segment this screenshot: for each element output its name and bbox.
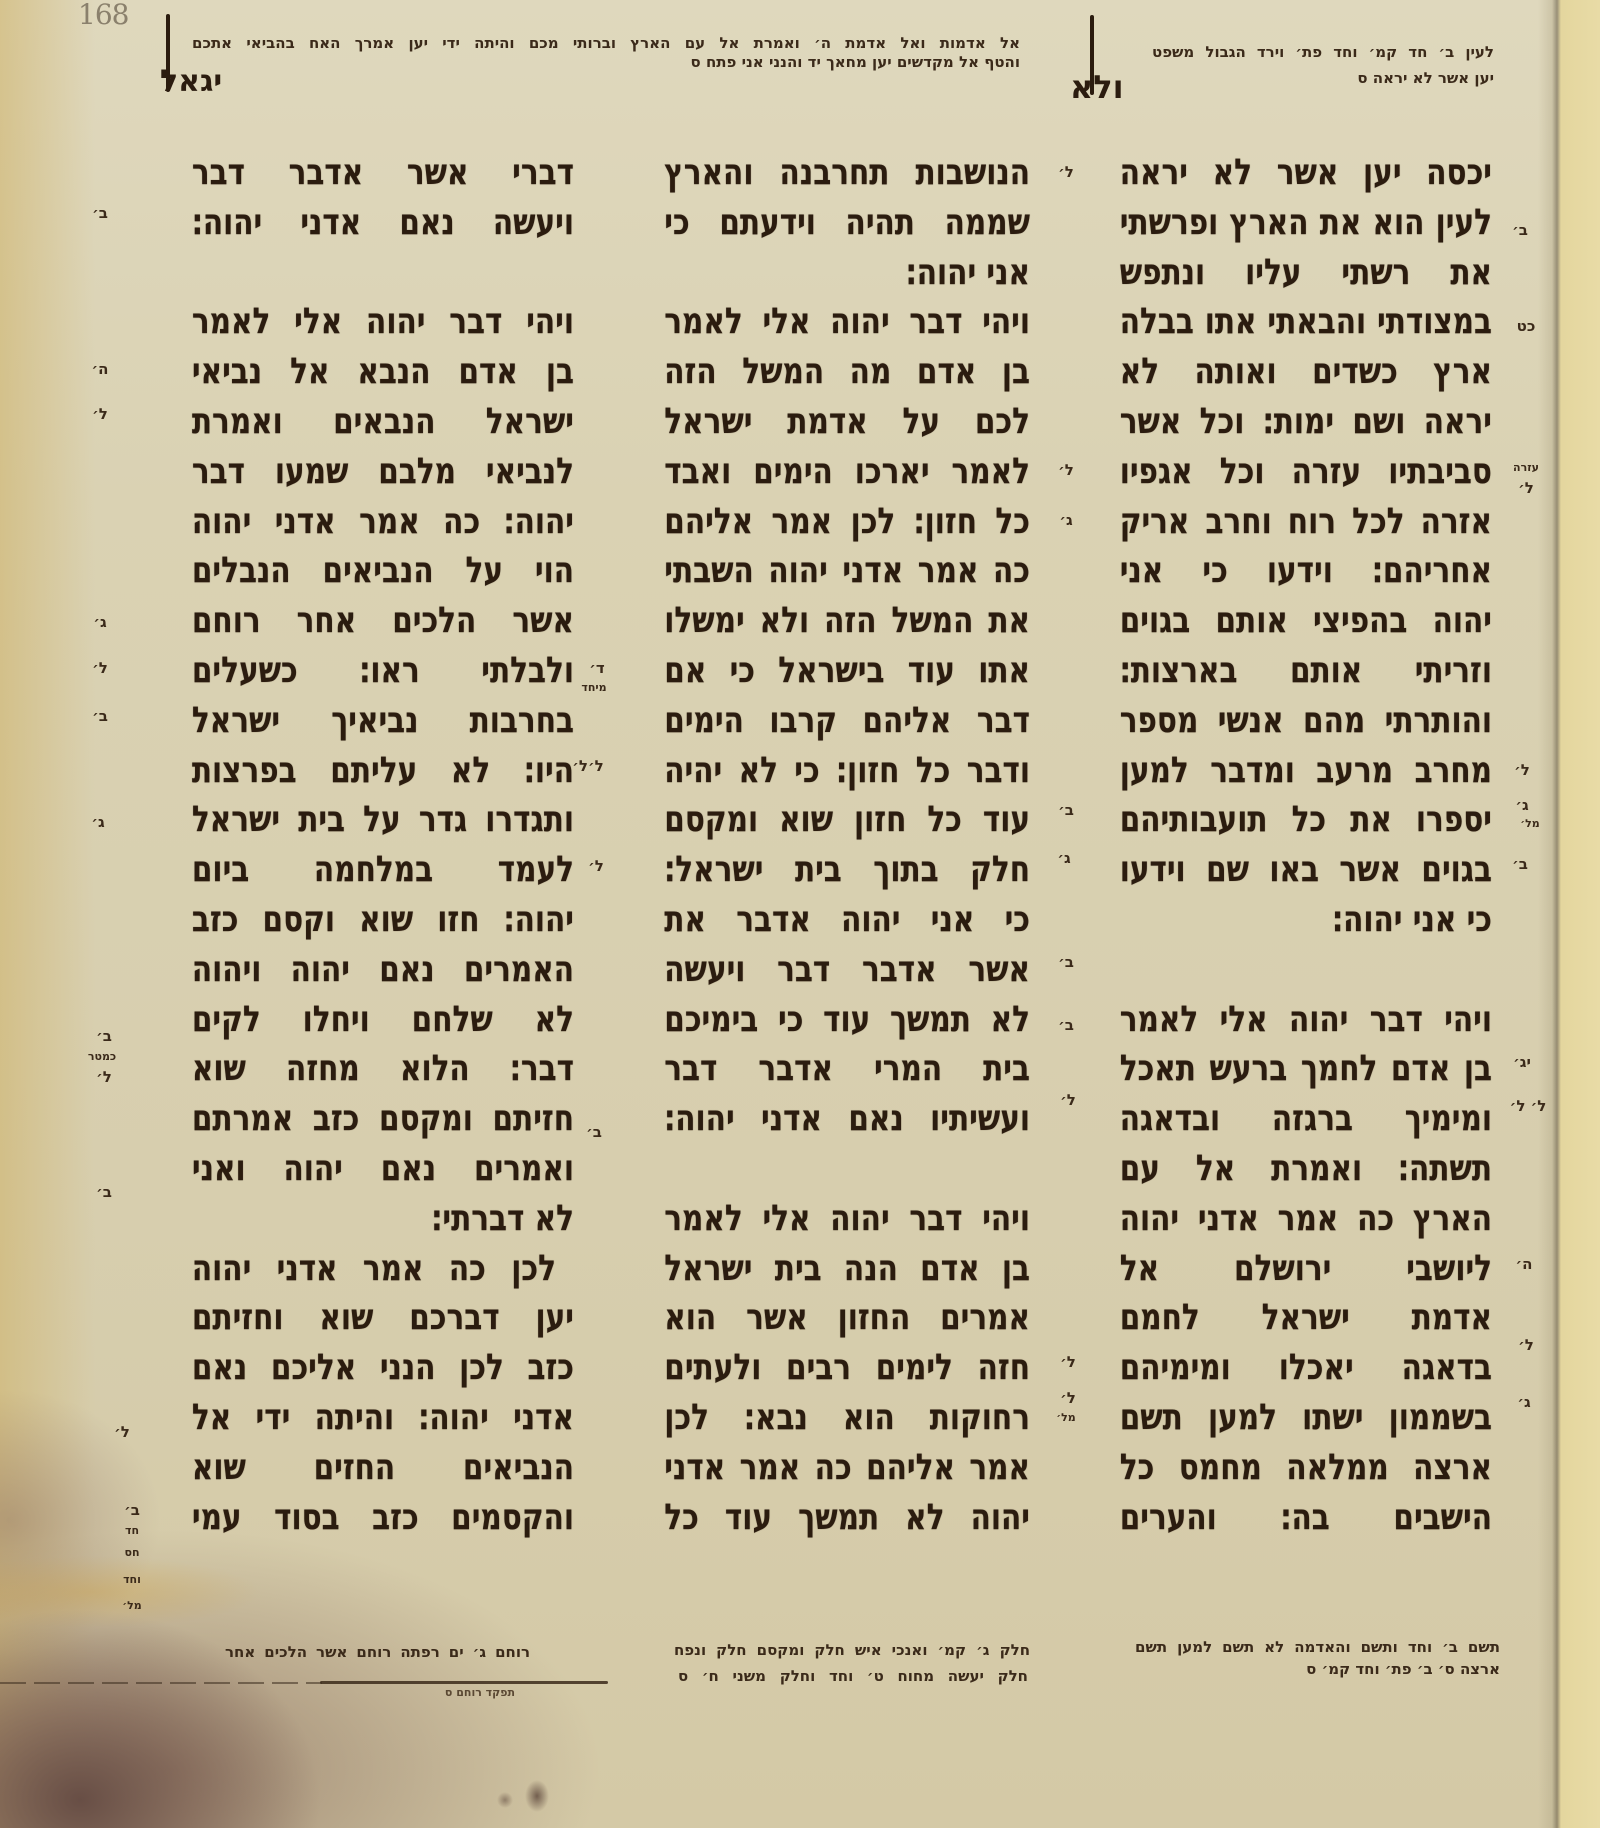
masora-parva-note: ל׳ xyxy=(588,858,604,874)
text-line: אתו עוד בישראל כי אם xyxy=(664,646,1030,696)
divider-rule-thin xyxy=(0,1682,322,1684)
masora-parva-note: ה׳ xyxy=(1516,1256,1533,1272)
text-line: לעין הוא את הארץ ופרשתי xyxy=(1120,198,1492,248)
text-line: ותגדרו גדר על בית ישראל xyxy=(192,795,574,845)
text-column-left: דברי אשר אדבר דבר ויעשה נאם אדני יהוה׃ ו… xyxy=(192,148,574,1542)
text-line: הארץ כה אמר אדני יהוה xyxy=(1120,1194,1492,1244)
text-line: עוד כל חזון שוא ומקסם xyxy=(664,795,1030,845)
text-line: בשממון ישתו למען תשם xyxy=(1120,1393,1492,1443)
masora-parva-note: חד xyxy=(125,1523,139,1539)
masora-parva-note: ל׳ xyxy=(1058,164,1074,180)
text-line: ויהי דבר יהוה אלי לאמר xyxy=(1120,995,1492,1045)
text-line: יהוה לא תמשך עוד כל xyxy=(664,1493,1030,1543)
masora-magna-top-left-line-1: אל אדמות ואל אדמת ה׳ ואמרת אל עם הארץ וב… xyxy=(192,34,1020,52)
masora-parva-note: יג׳ xyxy=(1513,1054,1531,1070)
text-line: יכסה יען אשר לא יראה xyxy=(1120,148,1492,198)
masora-parva-note: ל׳ xyxy=(1058,462,1074,478)
text-line: ואמרים נאם יהוה ואני xyxy=(192,1144,574,1194)
text-line: דבר׃ הלוא מחזה שוא xyxy=(192,1044,574,1094)
text-line: כי אני יהוה אדבר את xyxy=(664,895,1030,945)
text-line: לא שלחם ויחלו לקים xyxy=(192,995,574,1045)
masora-parva-note: ג׳ xyxy=(93,614,106,630)
masora-parva-note: ד׳ xyxy=(589,660,604,676)
text-line: לאמר יארכו הימים ואבד xyxy=(664,447,1030,497)
text-line: בחרבות נביאיך ישראל xyxy=(192,696,574,746)
text-line: ויהי דבר יהוה אלי לאמר xyxy=(192,297,574,347)
masora-magna-top-left-line-2: והטף אל מקדשים יען מחאך יד והנני אני פתח… xyxy=(560,53,1020,71)
text-line: והקסמים כזב בסוד עמי xyxy=(192,1493,574,1543)
masora-parva-note: ל׳ל׳ xyxy=(572,758,603,774)
text-line: לעמד במלחמה ביום xyxy=(192,845,574,895)
text-line: וזריתי אותם בארצות׃ xyxy=(1120,646,1492,696)
text-line: חזיתם ומקסם כזב אמרתם xyxy=(192,1094,574,1144)
masora-parva-note: מיחד xyxy=(581,680,606,696)
text-line: אשר הלכים אחר רוחם xyxy=(192,596,574,646)
text-line: אמרים החזון אשר הוא xyxy=(664,1293,1030,1343)
masora-magna-bottom-right-line-2: ארצה ס׳ ב׳ פת׳ וחד קמ׳ ס xyxy=(1300,1660,1500,1678)
masora-parva-note: ל׳ xyxy=(96,1069,112,1085)
masora-magna-top-right-line-1: לעין ב׳ חד קמ׳ וחד פת׳ וירד הגבול משפט xyxy=(1152,43,1494,61)
masora-parva-note: ג׳ xyxy=(1515,797,1528,813)
blank-line xyxy=(664,1144,1030,1194)
text-line: ודבר כל חזון׃ כי לא יהיה xyxy=(664,746,1030,796)
masora-parva-note: כט xyxy=(1517,318,1536,334)
text-column-right: יכסה יען אשר לא יראה לעין הוא את הארץ ופ… xyxy=(1120,148,1492,1542)
masora-magna-bottom-center-line-2: חלק יעשה מחוח ט׳ וחד וחלק משני ח׳ ס xyxy=(678,1667,1028,1685)
text-line: דברי אשר אדבר דבר xyxy=(192,148,574,198)
text-line: לא תמשך עוד כי בימיכם xyxy=(664,995,1030,1045)
text-line: לנביאי מלבם שמעו דבר xyxy=(192,447,574,497)
masora-parva-note: עזרה xyxy=(1513,460,1539,476)
masora-parva-note: מל׳ xyxy=(122,1598,142,1614)
text-line: מחרב מרעב ומדבר למען xyxy=(1120,746,1492,796)
text-line: ארץ כשדים ואותה לא xyxy=(1120,347,1492,397)
masora-parva-note: ל׳ xyxy=(1060,1092,1076,1108)
text-line: ליושבי ירושלם אל xyxy=(1120,1244,1492,1294)
catchword-top-left: יגאל xyxy=(160,66,222,98)
text-column-middle: הנושבות תחרבנה והארץ שממה תהיה וידעתם כי… xyxy=(664,148,1030,1542)
masora-parva-note: ג׳ xyxy=(91,814,104,830)
text-line: הנושבות תחרבנה והארץ xyxy=(664,148,1030,198)
text-line: ויהי דבר יהוה אלי לאמר xyxy=(664,1194,1030,1244)
masora-magna-bottom-left: רוחם ג׳ ים רפתה רוחם אשר הלכים אחר xyxy=(225,1643,530,1661)
text-line: הוי על הנביאים הנבלים xyxy=(192,546,574,596)
text-line: יהוה׃ כה אמר אדני יהוה xyxy=(192,497,574,547)
text-line: הישבים בה׃ והערים xyxy=(1120,1493,1492,1543)
masora-parva-note: וחד xyxy=(123,1572,141,1588)
masora-parva-note: כמטר xyxy=(88,1049,116,1065)
text-line: יהוה בהפיצי אותם בגוים xyxy=(1120,596,1492,646)
masora-parva-note: חס xyxy=(124,1545,139,1561)
masora-parva-note: ל׳ xyxy=(1518,480,1534,496)
masora-parva-note: ב׳ xyxy=(124,1502,140,1518)
masora-parva-note: ב׳ xyxy=(92,708,108,724)
text-line: יען דברכם שוא וחזיתם xyxy=(192,1293,574,1343)
text-line: לכם על אדמת ישראל xyxy=(664,397,1030,447)
masora-parva-note: ב׳ xyxy=(1058,1017,1074,1033)
text-line: בדאגה יאכלו ומימיהם xyxy=(1120,1343,1492,1393)
masora-parva-note: ה׳ xyxy=(92,361,109,377)
text-line: במצודתי והבאתי אתו בבלה xyxy=(1120,297,1492,347)
text-line: ישראל הנבאים ואמרת xyxy=(192,397,574,447)
blank-line xyxy=(192,248,574,298)
masora-parva-note: ב׳ xyxy=(1512,856,1528,872)
masora-magna-top-right-line-2: יען אשר לא יראה ס xyxy=(1250,69,1494,87)
text-line: אדמת ישראל לחמם xyxy=(1120,1293,1492,1343)
text-line: יהוה׃ חזו שוא וקסם כזב xyxy=(192,895,574,945)
masora-parva-note: ל׳ xyxy=(92,660,108,676)
text-line: כזב לכן הנני אליכם נאם xyxy=(192,1343,574,1393)
masora-parva-note: מל׳ xyxy=(1520,816,1540,832)
text-line: ארצה ממלאה מחמס כל xyxy=(1120,1443,1492,1493)
masora-parva-note: ל׳ xyxy=(1060,1354,1076,1370)
masora-parva-note: ל׳ xyxy=(114,1424,130,1440)
divider-rule xyxy=(320,1681,608,1684)
text-line: בן אדם הנה בית ישראל xyxy=(664,1244,1030,1294)
text-line: תשתה׃ ואמרת אל עם xyxy=(1120,1144,1492,1194)
text-line: את המשל הזה ולא ימשלו xyxy=(664,596,1030,646)
text-line: חזה לימים רבים ולעתים xyxy=(664,1343,1030,1393)
masora-parva-note: ב׳ xyxy=(96,1184,112,1200)
text-line: ויהי דבר יהוה אלי לאמר xyxy=(664,297,1030,347)
text-line: כה אמר אדני יהוה השבתי xyxy=(664,546,1030,596)
text-line: כי אני יהוה׃ xyxy=(1120,895,1492,945)
text-line: ועשיתיו נאם אדני יהוה׃ xyxy=(664,1094,1030,1144)
text-line: לא דברתי׃ xyxy=(192,1194,574,1244)
text-line: יראה ושם ימות׃ וכל אשר xyxy=(1120,397,1492,447)
text-line: בן אדם הנבא אל נביאי xyxy=(192,347,574,397)
text-line: חלק בתוך בית ישראל׃ xyxy=(664,845,1030,895)
masora-magna-bottom-left-note: תפקד רוחם ס xyxy=(400,1686,515,1700)
text-line: בגוים אשר באו שם וידעו xyxy=(1120,845,1492,895)
text-line: ומימיך ברגזה ובדאגה xyxy=(1120,1094,1492,1144)
masora-parva-note: ב׳ xyxy=(1058,802,1074,818)
masora-parva-note: ב׳ xyxy=(96,1028,112,1044)
masora-parva-note: ל׳ xyxy=(1060,1390,1076,1406)
masora-parva-note: ב׳ xyxy=(586,1124,602,1140)
text-line: אחריהם׃ וידעו כי אני xyxy=(1120,546,1492,596)
masora-parva-note: ב׳ xyxy=(1058,954,1074,970)
masora-magna-bottom-center-line-1: חלק ג׳ קמ׳ ואנכי איש חלק ומקסם חלק ונפח xyxy=(674,1641,1030,1659)
text-line: כל חזון׃ לכן אמר אליהם xyxy=(664,497,1030,547)
text-line: האמרים נאם יהוה ויהוה xyxy=(192,945,574,995)
masora-parva-note: ל׳ ל׳ xyxy=(1510,1098,1547,1114)
text-line: את רשתי עליו ונתפש xyxy=(1120,248,1492,298)
masora-parva-note: ב׳ xyxy=(1512,222,1528,238)
text-line: דבר אליהם קרבו הימים xyxy=(664,696,1030,746)
text-line: אזרה לכל רוח וחרב אריק xyxy=(1120,497,1492,547)
text-line: יספרו את כל תועבותיהם xyxy=(1120,795,1492,845)
blank-line xyxy=(1120,945,1492,995)
text-line: והותרתי מהם אנשי מספר xyxy=(1120,696,1492,746)
text-line: רחוקות הוא נבא׃ לכן xyxy=(664,1393,1030,1443)
text-line: הנביאים החזים שוא xyxy=(192,1443,574,1493)
text-line: סביבתיו עזרה וכל אגפיו xyxy=(1120,447,1492,497)
text-line: אני יהוה׃ xyxy=(664,248,1030,298)
text-line: בן אדם לחמך ברעש תאכל xyxy=(1120,1044,1492,1094)
masora-parva-note: ל׳ xyxy=(1514,762,1530,778)
masora-parva-note: ל׳ xyxy=(92,406,108,422)
masora-parva-note: ב׳ xyxy=(92,205,108,221)
text-line: היו׃ לא עליתם בפרצות xyxy=(192,746,574,796)
text-line: לכן כה אמר אדני יהוה xyxy=(192,1244,574,1294)
folio-number: 168 xyxy=(78,0,128,31)
masora-parva-note: ל׳ xyxy=(1518,1337,1534,1353)
text-line: אשר אדבר דבר ויעשה xyxy=(664,945,1030,995)
text-line: בית המרי אדבר דבר xyxy=(664,1044,1030,1094)
text-line: בן אדם מה המשל הזה xyxy=(664,347,1030,397)
masora-parva-note: מל׳ xyxy=(1056,1410,1076,1426)
masora-magna-bottom-right-line-1: תשם ב׳ וחד ותשם והאדמה לא תשם למען תשם xyxy=(1135,1638,1500,1656)
text-line: שממה תהיה וידעתם כי xyxy=(664,198,1030,248)
masora-parva-note: ג׳ xyxy=(1517,1394,1530,1410)
text-line: ויעשה נאם אדני יהוה׃ xyxy=(192,198,574,248)
text-line: ולבלתי ראו׃ כשעלים xyxy=(192,646,574,696)
text-line: אמר אליהם כה אמר אדני xyxy=(664,1443,1030,1493)
text-line: אדני יהוה׃ והיתה ידי אל xyxy=(192,1393,574,1443)
masora-parva-note: ג׳ xyxy=(1059,512,1072,528)
masora-parva-note: ג׳ xyxy=(1057,850,1070,866)
catchword-top-center: ולא xyxy=(1070,70,1124,104)
